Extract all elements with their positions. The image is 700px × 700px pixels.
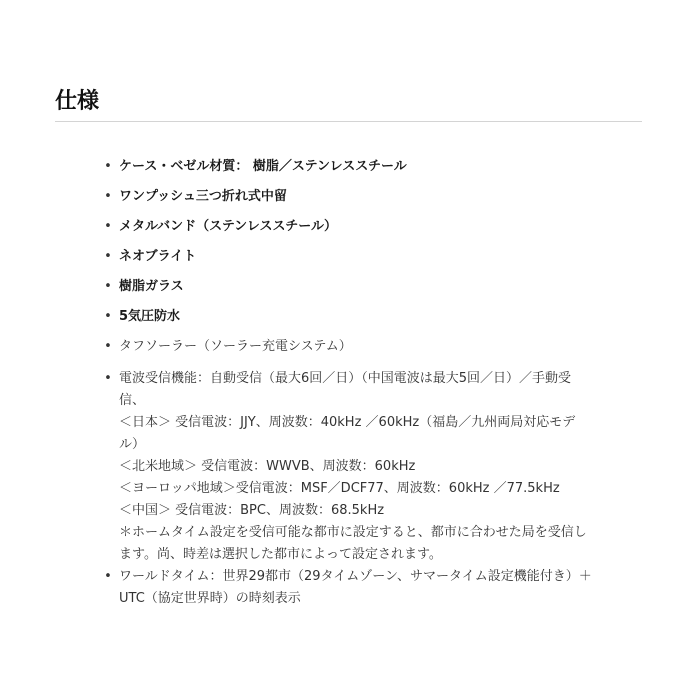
bullet-icon: • bbox=[102, 276, 114, 298]
bullet-icon: • bbox=[102, 566, 114, 588]
spec-line: ＜北米地域＞ 受信電波：WWVB、周波数：60kHz bbox=[119, 456, 619, 478]
spec-text: ケース・ベゼル材質： 樹脂／ステンレススチール bbox=[119, 156, 619, 178]
spec-text: タフソーラー（ソーラー充電システム） bbox=[119, 336, 619, 358]
spec-line: ＊ホームタイム設定を受信可能な都市に設定すると、都市に合わせた局を受信し bbox=[119, 522, 619, 544]
spec-line: ワールドタイム：世界29都市（29タイムゾーン、サマータイム設定機能付き）＋ bbox=[119, 566, 619, 588]
spec-text-block: 電波受信機能：自動受信（最大6回／日）（中国電波は最大5回／日）／手動受 信、 … bbox=[119, 368, 619, 566]
bullet-icon: • bbox=[102, 368, 114, 390]
bullet-icon: • bbox=[102, 186, 114, 208]
spec-text-block: ワールドタイム：世界29都市（29タイムゾーン、サマータイム設定機能付き）＋ U… bbox=[119, 566, 619, 610]
bullet-icon: • bbox=[102, 336, 114, 358]
spec-text: メタルバンド（ステンレススチール） bbox=[119, 216, 619, 238]
bullet-icon: • bbox=[102, 156, 114, 178]
bullet-icon: • bbox=[102, 306, 114, 328]
bullet-icon: • bbox=[102, 246, 114, 268]
section-divider bbox=[55, 121, 642, 122]
spec-line: 電波受信機能：自動受信（最大6回／日）（中国電波は最大5回／日）／手動受 bbox=[119, 368, 619, 390]
spec-line: ＜日本＞ 受信電波：JJY、周波数：40kHz ／60kHz（福島／九州両局対応… bbox=[119, 412, 619, 434]
spec-text: 樹脂ガラス bbox=[119, 276, 619, 298]
spec-line: ＜ヨーロッパ地域＞受信電波：MSF／DCF77、周波数：60kHz ／77.5k… bbox=[119, 478, 619, 500]
spec-line: ル） bbox=[119, 434, 619, 456]
spec-line: UTC（協定世界時）の時刻表示 bbox=[119, 588, 619, 610]
spec-text: ネオブライト bbox=[119, 246, 619, 268]
spec-line: 信、 bbox=[119, 390, 619, 412]
spec-text: 5気圧防水 bbox=[119, 306, 619, 328]
spec-text: ワンプッシュ三つ折れ式中留 bbox=[119, 186, 619, 208]
bullet-icon: • bbox=[102, 216, 114, 238]
spec-line: ます。尚、時差は選択した都市によって設定されます。 bbox=[119, 544, 619, 566]
section-title: 仕様 bbox=[55, 88, 99, 116]
spec-line: ＜中国＞ 受信電波：BPC、周波数：68.5kHz bbox=[119, 500, 619, 522]
